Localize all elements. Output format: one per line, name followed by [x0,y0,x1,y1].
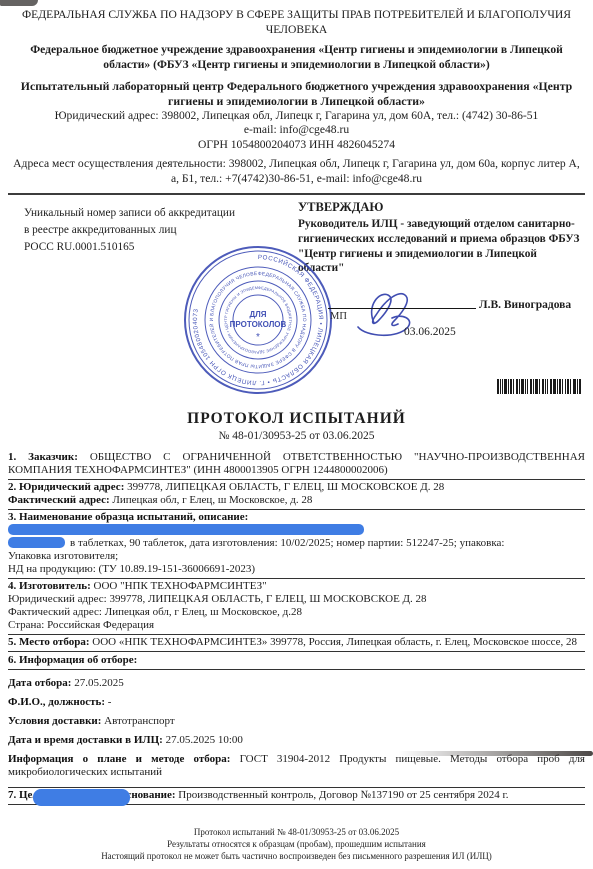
section-4-text: ООО "НПК ТЕХНОФАРМСИНТЕЗ" [94,580,267,592]
signature-line [328,308,476,309]
section-3-line3: Упаковка изготовителя; [8,550,585,563]
header-legal-address: Юридический адрес: 398002, Липецкая обл,… [0,109,593,123]
section-1-label: 1. Заказчик: [8,451,78,463]
section-1-customer: 1. Заказчик: ОБЩЕСТВО С ОГРАНИЧЕННОЙ ОТВ… [8,450,585,480]
section-2-fact-text: Липецкая обл, г Елец, ш Московское, д. 2… [112,494,312,506]
protocol-document-page: ФЕДЕРАЛЬНАЯ СЛУЖБА ПО НАДЗОРУ В СФЕРЕ ЗА… [0,0,593,869]
approval-date: 03.06.2025 [404,326,456,338]
stamp-center-line1: ДЛЯ [249,310,266,319]
scan-artifact-top-left [0,0,38,6]
document-header: ФЕДЕРАЛЬНАЯ СЛУЖБА ПО НАДЗОРУ В СФЕРЕ ЗА… [0,0,593,195]
section-3-line4: НД на продукцию: (ТУ 10.89.19-151-360066… [8,563,585,576]
delivery-conditions-value: Автотранспорт [104,715,175,727]
section-4-country: Страна: Российская Федерация [8,619,585,632]
section-6-sampling-info-rows: Дата отбора: 27.05.2025 Ф.И.О., должност… [8,670,585,788]
header-lab-center: Испытательный лабораторный центр Федерал… [17,79,577,108]
sampler-name-value: - [108,696,112,708]
redaction-pill-bottom [33,789,130,806]
section-5-label: 5. Место отбора: [8,636,90,648]
protocol-number: № 48-01/30953-25 от 03.06.2025 [0,430,593,442]
section-5-text: ООО «НПК ТЕХНОФАРМСИНТЕЗ» 399778, Россия… [92,636,577,648]
approval-area: Уникальный номер записи об аккредитации … [0,195,593,407]
delivery-datetime-label: Дата и время доставки в ИЛЦ: [8,734,163,746]
section-4-legal-address: Юридический адрес: 399778, ЛИПЕЦКАЯ ОБЛА… [8,593,585,606]
delivery-conditions-label: Условия доставки: [8,715,101,727]
header-ogrn-inn: ОГРН 1054800204073 ИНН 4826045274 [0,138,593,152]
approval-position: Руководитель ИЛЦ - заведующий отделом са… [298,217,585,276]
redaction-box-sample-name [8,524,364,535]
section-3-sample-name: 3. Наименование образца испытаний, описа… [8,510,585,579]
footer-line-2: Результаты относятся к образцам (пробам)… [0,839,593,851]
footer-note: Протокол испытаний № 48-01/30953-25 от 0… [0,827,593,863]
section-2-fact-label: Фактический адрес: [8,494,110,506]
section-2-label: 2. Юридический адрес: [8,481,124,493]
footer-line-3: Настоящий протокол не может быть частичн… [0,851,593,863]
sampling-date-value: 27.05.2025 [74,677,124,689]
section-4-label: 4. Изготовитель: [8,580,91,592]
approval-block: УТВЕРЖДАЮ Руководитель ИЛЦ - заведующий … [298,199,585,276]
stamp-star: * [256,332,260,343]
section-3-line2: в таблетках, 90 таблеток, дата изготовле… [70,537,504,549]
section-2-text: 399778, ЛИПЕЦКАЯ ОБЛАСТЬ, Г ЕЛЕЦ, Ш МОСК… [127,481,444,493]
header-institution: Федеральное бюджетное учреждение здравоо… [12,43,582,72]
header-activity-addresses: Адреса мест осуществления деятельности: … [9,156,584,186]
sampling-date-label: Дата отбора: [8,677,71,689]
section-5-sampling-place: 5. Место отбора: ООО «НПК ТЕХНОФАРМСИНТЕ… [8,635,585,652]
protocol-title: ПРОТОКОЛ ИСПЫТАНИЙ [0,410,593,428]
header-agency: ФЕДЕРАЛЬНАЯ СЛУЖБА ПО НАДЗОРУ В СФЕРЕ ЗА… [17,0,577,37]
section-3-label: 3. Наименование образца испытаний, описа… [8,511,248,523]
section-7-text: Производственный контроль, Договор №1371… [178,789,508,801]
section-2-legal-address: 2. Юридический адрес: 399778, ЛИПЕЦКАЯ О… [8,480,585,510]
section-1-text: ОБЩЕСТВО С ОГРАНИЧЕННОЙ ОТВЕТСТВЕННОСТЬЮ… [8,451,585,476]
mp-label: МП [330,311,347,322]
section-4-manufacturer: 4. Изготовитель: ООО "НПК ТЕХНОФАРМСИНТЕ… [8,579,585,635]
approval-title: УТВЕРЖДАЮ [298,199,585,215]
section-6-label: 6. Информация об отборе: [8,654,137,666]
stamp-center-line2: ПРОТОКОЛОВ [230,320,287,329]
section-4-fact-address: Фактический адрес: Липецкая обл, г Елец,… [8,606,585,619]
sampler-name-label: Ф.И.О., должность: [8,696,105,708]
section-6-sampling-info-header: 6. Информация об отборе: [8,652,585,670]
barcode [497,379,582,394]
sampling-method-label: Информация о плане и методе отбора: [8,753,230,765]
scan-artifact-right-edge [398,751,593,756]
signer-name: Л.В. Виноградова [479,299,571,311]
redaction-box-sample-name-2 [8,537,65,548]
header-email: e-mail: info@cge48.ru [0,123,593,137]
round-stamp: РОССИЙСКАЯ ФЕДЕРАЦИЯ • ЛИПЕЦКАЯ ОБЛАСТЬ … [182,244,334,396]
footer-line-1: Протокол испытаний № 48-01/30953-25 от 0… [0,827,593,839]
delivery-datetime-value: 27.05.2025 10:00 [166,734,243,746]
